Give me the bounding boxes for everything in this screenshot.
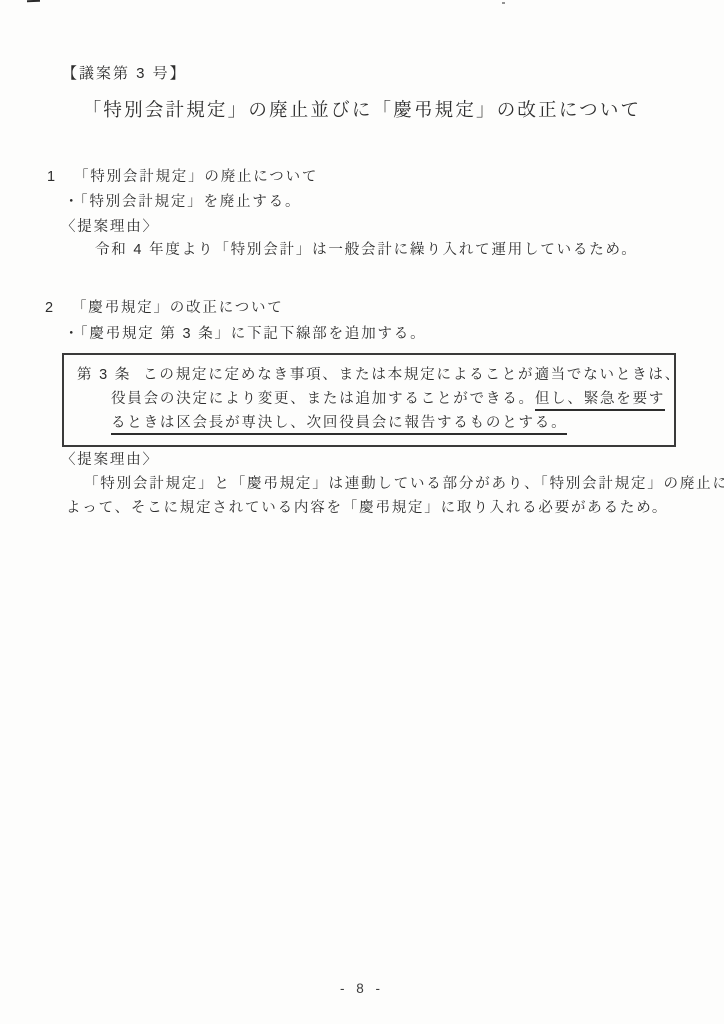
scanned-document-page: 【議案第 3 号】 「特別会計規定」の廃止並びに「慶弔規定」の改正について 1「… (0, 0, 724, 1024)
section-1-number: 1 (47, 169, 74, 186)
section-1-reason-text: 令和 4 年度より「特別会計」は一般会計に繰り入れて運用しているため。 (95, 242, 638, 259)
article-line-1-text: この規定に定めなき事項、または本規定によることが適当でないときは、 (143, 367, 681, 383)
article-line-2-underlined-addition: 但し、緊急を要す (535, 391, 665, 411)
article-line-2: 役員会の決定により変更、または追加することができる。但し、緊急を要す (111, 387, 674, 411)
article-line-3: るときは区会長が専決し、次回役員会に報告するものとする。 (111, 411, 674, 435)
article-number-label: 第 3 条 (77, 367, 131, 383)
section-2-number: 2 (45, 300, 72, 317)
article-line-2-plain: 役員会の決定により変更、または追加することができる。 (111, 391, 535, 407)
document-title: 「特別会計規定」の廃止並びに「慶弔規定」の改正について (0, 96, 724, 122)
section-1-heading-line: 1「特別会計規定」の廃止について (47, 169, 318, 186)
section-2-reason-label: 〈提案理由〉 (61, 452, 159, 469)
scan-artifact (502, 2, 505, 4)
section-2-heading: 「慶弔規定」の改正について (72, 300, 284, 316)
scan-artifact (27, 0, 40, 2)
section-2-reason-line-2: よって、そこに規定されている内容を「慶弔規定」に取り入れる必要があるため。 (66, 500, 668, 517)
section-2-reason-line-1: 「特別会計規定」と「慶弔規定」は連動している部分があり、「特別会計規定」の廃止に (84, 476, 724, 493)
agenda-item-number: 【議案第 3 号】 (62, 62, 187, 83)
page-number: - 8 - (0, 981, 724, 996)
section-1-heading: 「特別会計規定」の廃止について (74, 169, 318, 185)
section-2-heading-line: 2「慶弔規定」の改正について (45, 300, 284, 317)
article-line-1: 第 3 条この規定に定めなき事項、または本規定によることが適当でないときは、 (77, 363, 674, 387)
section-2-bullet: ・「慶弔規定 第 3 条」に下記下線部を追加する。 (64, 326, 426, 343)
article-quote-box: 第 3 条この規定に定めなき事項、または本規定によることが適当でないときは、 役… (62, 353, 676, 447)
article-line-3-underlined-addition: るときは区会長が専決し、次回役員会に報告するものとする。 (111, 415, 567, 435)
section-1-bullet: ・「特別会計規定」を廃止する。 (64, 194, 301, 211)
section-1-reason-label: 〈提案理由〉 (61, 219, 159, 236)
